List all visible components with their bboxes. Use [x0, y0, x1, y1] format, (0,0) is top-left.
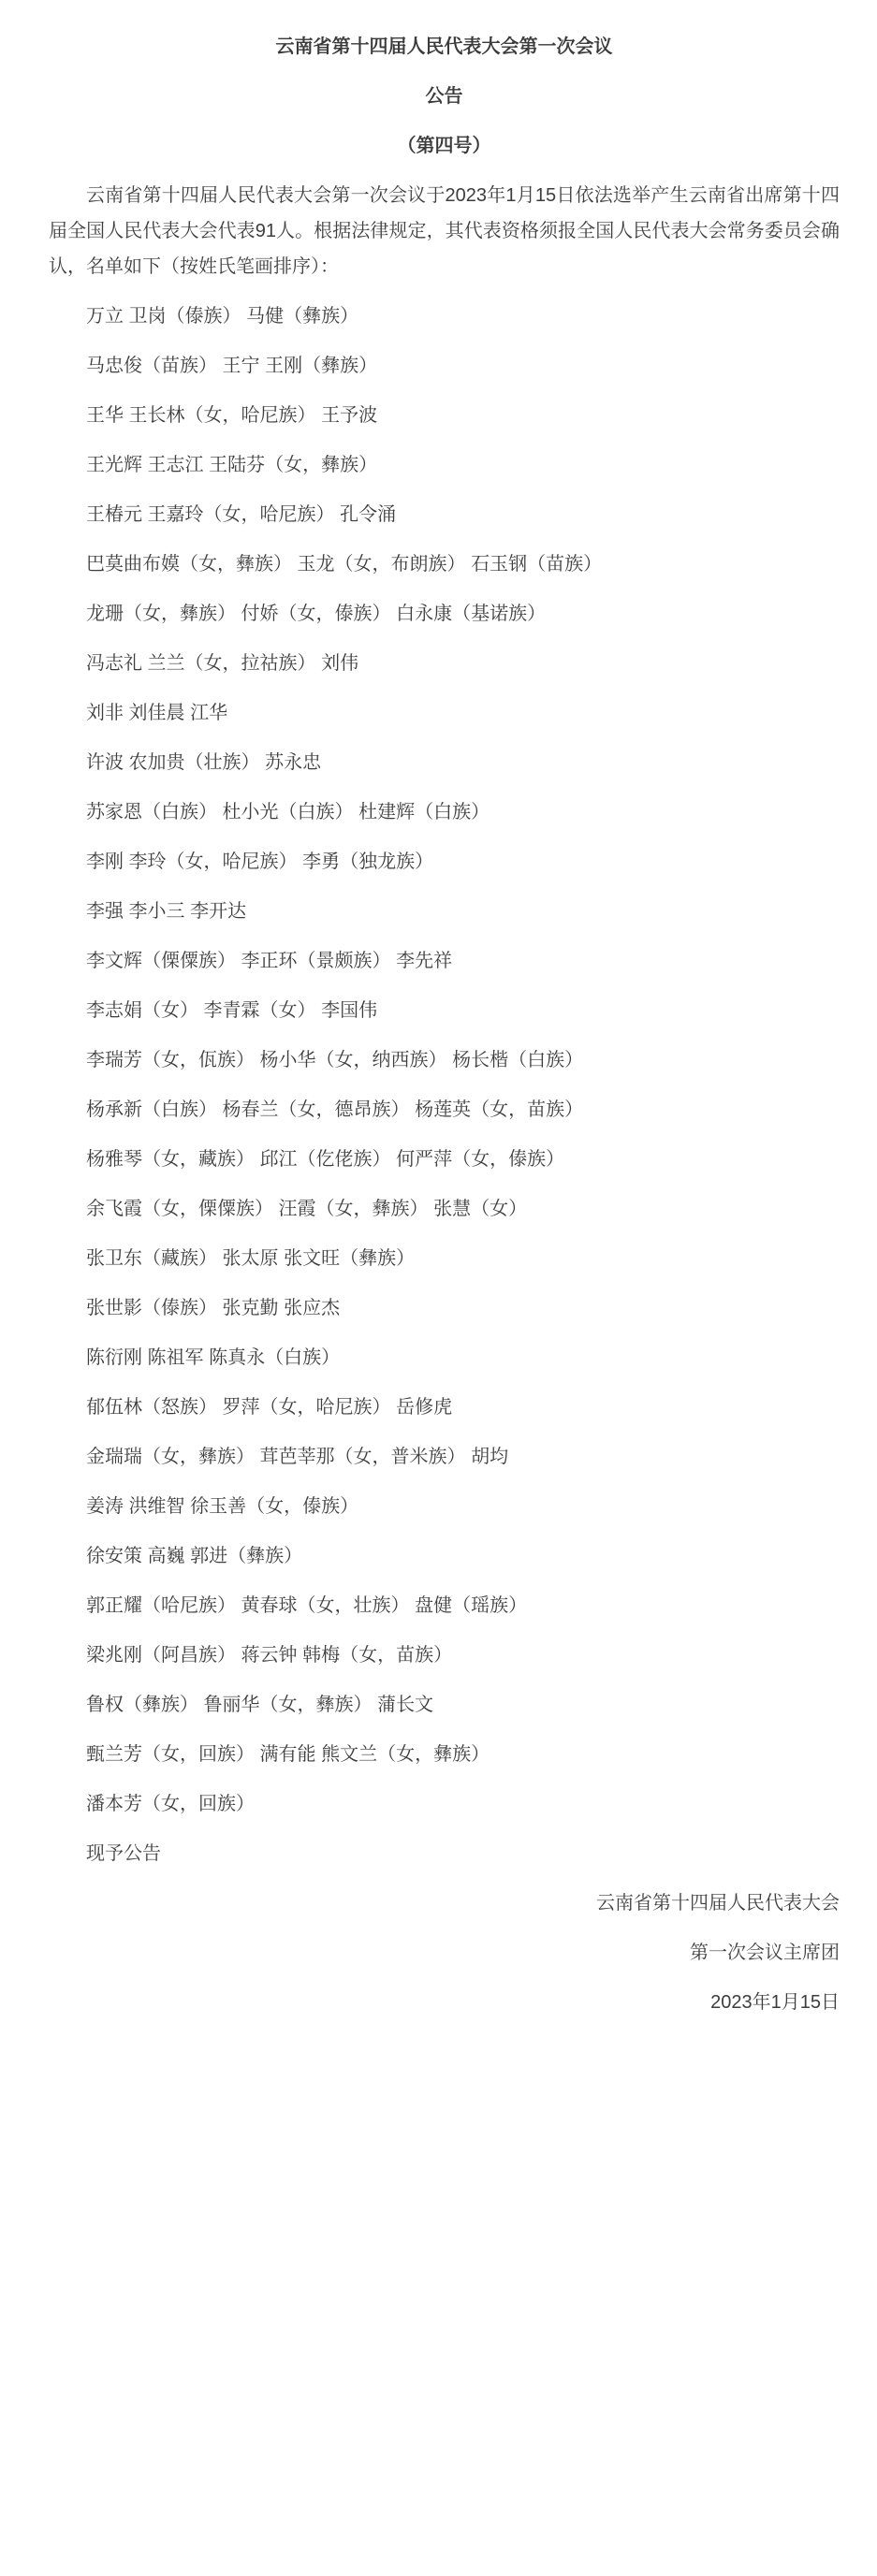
- delegate-line: 余飞霞（女，傈僳族） 汪霞（女，彝族） 张慧（女）: [49, 1191, 840, 1227]
- delegate-line: 郁伍林（怒族） 罗萍（女，哈尼族） 岳修虎: [49, 1390, 840, 1425]
- page-title: 云南省第十四届人民代表大会第一次会议: [49, 29, 840, 65]
- delegate-line: 刘非 刘佳晨 江华: [49, 695, 840, 731]
- delegate-line: 李瑞芳（女，佤族） 杨小华（女，纳西族） 杨长楷（白族）: [49, 1042, 840, 1078]
- delegate-line: 郭正耀（哈尼族） 黄春球（女，壮族） 盘健（瑶族）: [49, 1588, 840, 1623]
- delegate-line: 万立 卫岗（傣族） 马健（彝族）: [49, 298, 840, 334]
- delegate-line: 王华 王长林（女，哈尼族） 王予波: [49, 398, 840, 433]
- announcement-label: 公告: [49, 79, 840, 114]
- delegate-line: 陈衍刚 陈祖军 陈真永（白族）: [49, 1340, 840, 1375]
- delegate-line: 王椿元 王嘉玲（女，哈尼族） 孔令涌: [49, 497, 840, 532]
- delegate-line: 许波 农加贵（壮族） 苏永忠: [49, 745, 840, 780]
- intro-paragraph: 云南省第十四届人民代表大会第一次会议于2023年1月15日依法选举产生云南省出席…: [49, 178, 840, 284]
- delegate-line: 梁兆刚（阿昌族） 蒋云钟 韩梅（女，苗族）: [49, 1637, 840, 1673]
- closing-line: 现予公告: [49, 1836, 840, 1871]
- delegate-line: 姜涛 洪维智 徐玉善（女，傣族）: [49, 1489, 840, 1524]
- delegate-line: 李志娟（女） 李青霖（女） 李国伟: [49, 993, 840, 1028]
- delegate-line: 甄兰芳（女，回族） 满有能 熊文兰（女，彝族）: [49, 1737, 840, 1772]
- delegate-line: 金瑞瑞（女，彝族） 茸芭莘那（女，普米族） 胡均: [49, 1439, 840, 1475]
- signature-org: 云南省第十四届人民代表大会: [49, 1885, 840, 1921]
- delegate-list: 万立 卫岗（傣族） 马健（彝族）马忠俊（苗族） 王宁 王刚（彝族）王华 王长林（…: [49, 298, 840, 1822]
- delegate-line: 张世影（傣族） 张克勤 张应杰: [49, 1290, 840, 1326]
- delegate-line: 苏家恩（白族） 杜小光（白族） 杜建辉（白族）: [49, 794, 840, 830]
- delegate-line: 李文辉（傈僳族） 李正环（景颇族） 李先祥: [49, 943, 840, 979]
- delegate-line: 李强 李小三 李开达: [49, 894, 840, 929]
- delegate-line: 张卫东（藏族） 张太原 张文旺（彝族）: [49, 1241, 840, 1276]
- delegate-line: 王光辉 王志江 王陆芬（女，彝族）: [49, 447, 840, 483]
- delegate-line: 杨承新（白族） 杨春兰（女，德昂族） 杨莲英（女，苗族）: [49, 1092, 840, 1128]
- delegate-line: 马忠俊（苗族） 王宁 王刚（彝族）: [49, 348, 840, 384]
- delegate-line: 巴莫曲布嫫（女，彝族） 玉龙（女，布朗族） 石玉钢（苗族）: [49, 546, 840, 582]
- delegate-line: 潘本芳（女，回族）: [49, 1786, 840, 1822]
- announcement-document: 云南省第十四届人民代表大会第一次会议 公告 （第四号） 云南省第十四届人民代表大…: [49, 0, 840, 2020]
- delegate-line: 龙珊（女，彝族） 付娇（女，傣族） 白永康（基诺族）: [49, 596, 840, 632]
- delegate-line: 鲁权（彝族） 鲁丽华（女，彝族） 蒲长文: [49, 1687, 840, 1723]
- delegate-line: 徐安策 高巍 郭进（彝族）: [49, 1538, 840, 1574]
- signature-date: 2023年1月15日: [49, 1985, 840, 2020]
- issue-number: （第四号）: [49, 128, 840, 164]
- delegate-line: 冯志礼 兰兰（女，拉祜族） 刘伟: [49, 646, 840, 681]
- delegate-line: 杨雅琴（女，藏族） 邱江（仡佬族） 何严萍（女，傣族）: [49, 1142, 840, 1177]
- delegate-line: 李刚 李玲（女，哈尼族） 李勇（独龙族）: [49, 844, 840, 880]
- signature-presidium: 第一次会议主席团: [49, 1935, 840, 1971]
